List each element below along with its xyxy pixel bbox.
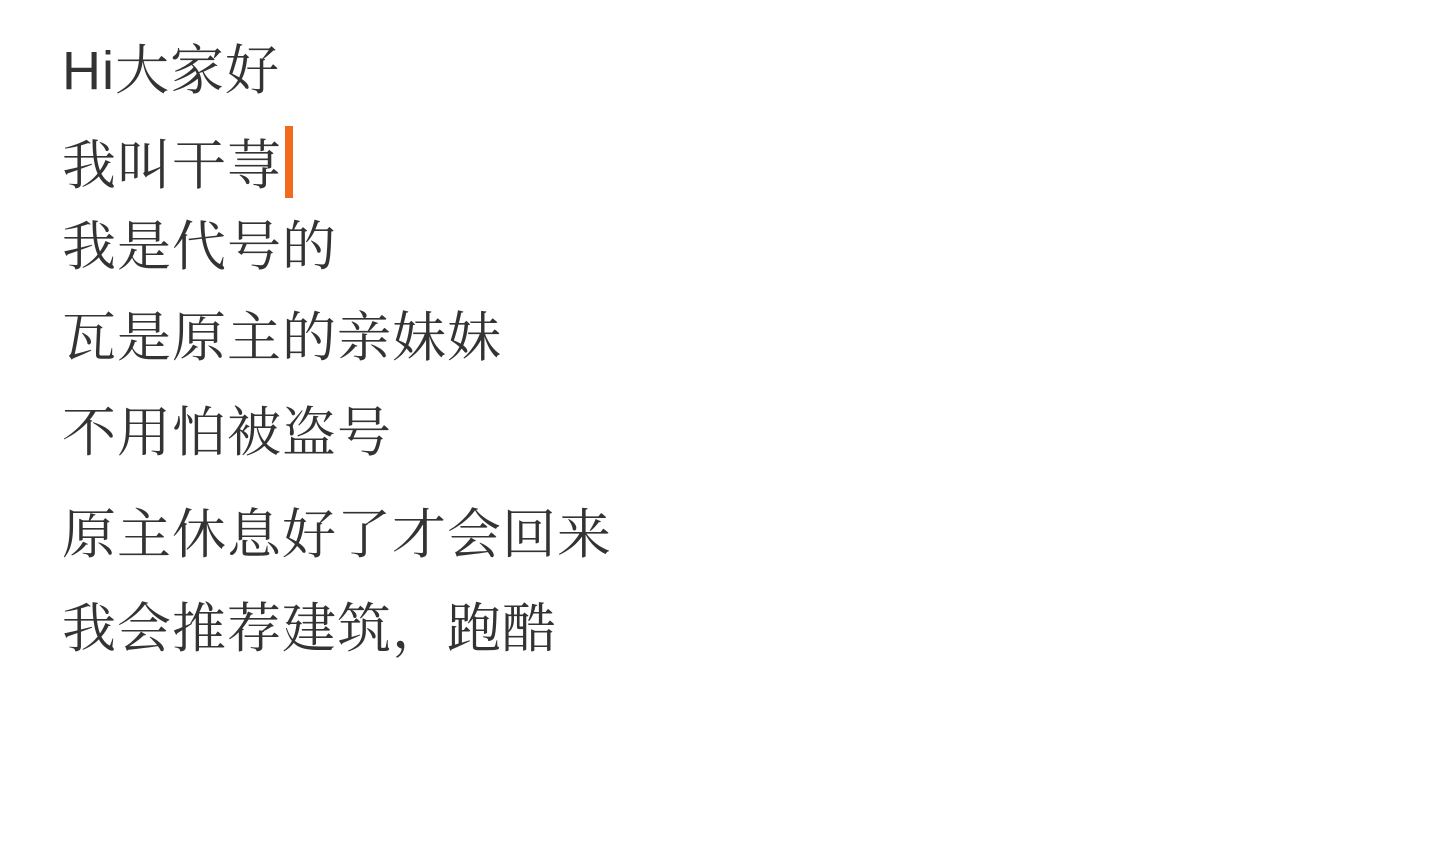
text-line-content: Hi大家好	[62, 41, 280, 101]
text-line-content: 瓦是原主的亲妹妹	[62, 308, 502, 368]
text-line: 我会推荐建筑，跑酷	[62, 594, 557, 664]
text-line-content: 我叫干荨	[62, 136, 282, 196]
text-line: 原主休息好了才会回来	[62, 500, 612, 570]
text-line-content: 原主休息好了才会回来	[62, 505, 612, 565]
text-editor-area[interactable]: Hi大家好 我叫干荨 我是代号的 瓦是原主的亲妹妹 不用怕被盗号 原主休息好了才…	[0, 0, 1440, 862]
text-line: Hi大家好	[62, 36, 280, 106]
text-line: 我叫干荨	[62, 126, 293, 201]
text-line: 我是代号的	[62, 212, 337, 282]
text-cursor	[285, 126, 293, 198]
text-line: 瓦是原主的亲妹妹	[62, 303, 502, 373]
text-line-content: 我会推荐建筑，跑酷	[62, 599, 557, 659]
text-line-content: 不用怕被盗号	[62, 403, 392, 463]
text-line-content: 我是代号的	[62, 217, 337, 277]
text-line: 不用怕被盗号	[62, 398, 392, 468]
